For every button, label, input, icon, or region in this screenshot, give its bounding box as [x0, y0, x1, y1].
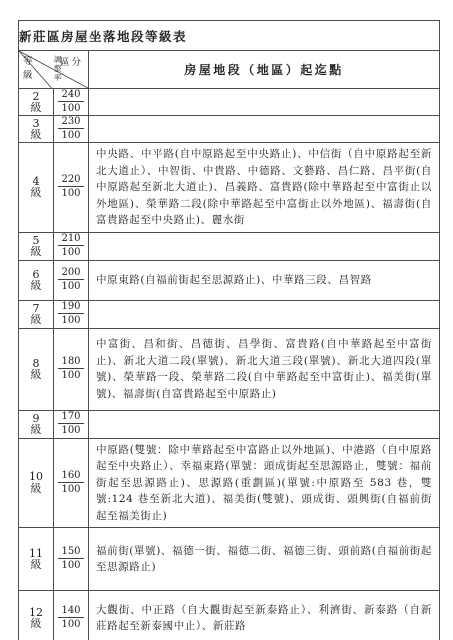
adjustment-rate-fraction: 220 100 [58, 174, 83, 199]
grade-cell: 11 級 [19, 528, 54, 591]
grade-cell: 4 級 [19, 143, 54, 233]
grade-table: 新莊區房屋坐落地段等級表 等級 調整率 區分 房屋地段（地區）起迄點 2 級 [18, 20, 440, 640]
rate-numerator: 150 [58, 546, 83, 559]
grade-unit: 級 [19, 102, 53, 114]
adjustment-rate-fraction: 210 100 [58, 233, 83, 258]
grade-unit: 級 [19, 618, 53, 630]
sections-cell [89, 300, 440, 328]
table-row: 7 級 190 100 [19, 300, 440, 328]
sections-text: 福前街(單號)、福德一街、福德二街、福德三街、頭前路(自福前街起至思源路止) [89, 540, 439, 579]
rate-numerator: 190 [58, 301, 83, 314]
sections-text [89, 311, 439, 317]
grade-cell: 2 級 [19, 89, 54, 116]
adjustment-rate-fraction: 160 100 [58, 470, 83, 495]
sections-text [89, 126, 439, 132]
grade-cell: 6 級 [19, 260, 54, 300]
rate-denominator: 100 [58, 483, 83, 495]
rate-denominator: 100 [58, 187, 83, 199]
section-header-cell: 房屋地段（地區）起迄點 [89, 51, 440, 89]
rate-cell: 200 100 [54, 260, 89, 300]
sections-text: 中原路(雙號：除中華路起至中富路止以外地區)、中港路（自中原路起至中央路止）、幸… [89, 439, 439, 528]
grade-unit: 級 [19, 280, 53, 292]
title-row: 新莊區房屋坐落地段等級表 [19, 21, 440, 51]
grade-cell: 8 級 [19, 328, 54, 410]
adjustment-rate-fraction: 240 100 [58, 89, 83, 114]
sections-cell [89, 232, 440, 260]
table-row: 10 級 160 100 中原路(雙號：除中華路起至中富路止以外地區)、中港路（… [19, 438, 440, 528]
grade-cell: 12 級 [19, 591, 54, 640]
rate-denominator: 100 [58, 618, 83, 630]
table-row: 3 級 230 100 [19, 116, 440, 143]
table-row: 5 級 210 100 [19, 232, 440, 260]
sections-cell: 中原路(雙號：除中華路起至中富路止以外地區)、中港路（自中原路起至中央路止）、幸… [89, 438, 440, 528]
sections-cell: 中富街、昌和街、昌德街、昌學街、富貴路(自中華路起至中富街止)、新北大道二段(單… [89, 328, 440, 410]
table-row: 4 級 220 100 中央路、中平路(自中原路起至中央路止)、中信街（自中原路… [19, 143, 440, 233]
title-cell: 新莊區房屋坐落地段等級表 [19, 21, 440, 51]
corner-label-grade: 等級 [23, 55, 34, 82]
table-row: 6 級 200 100 中原東路(自福前街起至思源路止)、中華路三段、昌智路 [19, 260, 440, 300]
sections-cell [89, 410, 440, 438]
rate-denominator: 100 [58, 424, 83, 436]
rate-numerator: 180 [58, 356, 83, 369]
table-body: 2 級 240 100 3 級 230 100 4 級 [19, 89, 440, 640]
adjustment-rate-fraction: 230 100 [58, 116, 83, 141]
grade-cell: 10 級 [19, 438, 54, 528]
grade-unit: 級 [19, 187, 53, 199]
rate-numerator: 220 [58, 174, 83, 187]
rate-cell: 150 100 [54, 528, 89, 591]
rate-cell: 210 100 [54, 232, 89, 260]
rate-denominator: 100 [58, 314, 83, 326]
grade-cell: 3 級 [19, 116, 54, 143]
rate-numerator: 160 [58, 470, 83, 483]
rate-numerator: 230 [58, 116, 83, 129]
rate-denominator: 100 [58, 559, 83, 571]
table-row: 2 級 240 100 [19, 89, 440, 116]
grade-cell: 7 級 [19, 300, 54, 328]
adjustment-rate-fraction: 170 100 [58, 411, 83, 436]
rate-numerator: 210 [58, 233, 83, 246]
grade-unit: 級 [19, 369, 53, 381]
rate-cell: 180 100 [54, 328, 89, 410]
grade-cell: 9 級 [19, 410, 54, 438]
rate-numerator: 140 [58, 605, 83, 618]
page-title: 新莊區房屋坐落地段等級表 [19, 29, 187, 44]
rate-cell: 230 100 [54, 116, 89, 143]
adjustment-rate-fraction: 200 100 [58, 267, 83, 292]
sections-text: 中富街、昌和街、昌德街、昌學街、富貴路(自中華路起至中富街止)、新北大道二段(單… [89, 333, 439, 405]
sections-cell: 中原東路(自福前街起至思源路止)、中華路三段、昌智路 [89, 260, 440, 300]
sections-cell: 大觀街、中正路（自大觀街起至新泰路止）、利濟街、新泰路（自新莊路起至新泰國中止）… [89, 591, 440, 640]
table-row: 9 級 170 100 [19, 410, 440, 438]
grade-unit: 級 [19, 559, 53, 571]
rate-denominator: 100 [58, 129, 83, 141]
sections-text [89, 243, 439, 249]
table-row: 11 級 150 100 福前街(單號)、福德一街、福德二街、福德三街、頭前路(… [19, 528, 440, 591]
rate-cell: 170 100 [54, 410, 89, 438]
rate-cell: 140 100 [54, 591, 89, 640]
corner-label-district: 區分 [60, 54, 83, 68]
corner-header-cell: 等級 調整率 區分 [19, 51, 89, 89]
adjustment-rate-fraction: 150 100 [58, 546, 83, 571]
rate-denominator: 100 [58, 369, 83, 381]
sections-text [89, 99, 439, 105]
grade-unit: 級 [19, 246, 53, 258]
sections-cell [89, 116, 440, 143]
table-row: 12 級 140 100 大觀街、中正路（自大觀街起至新泰路止）、利濟街、新泰路… [19, 591, 440, 640]
table-row: 8 級 180 100 中富街、昌和街、昌德街、昌學街、富貴路(自中華路起至中富… [19, 328, 440, 410]
rate-cell: 190 100 [54, 300, 89, 328]
grade-unit: 級 [19, 424, 53, 436]
grade-unit: 級 [19, 129, 53, 141]
sections-text: 中央路、中平路(自中原路起至中央路止)、中信街（自中原路起至新北大道止）、中智街… [89, 143, 439, 232]
grade-unit: 級 [19, 483, 53, 495]
adjustment-rate-fraction: 180 100 [58, 356, 83, 381]
sections-text: 中原東路(自福前街起至思源路止)、中華路三段、昌智路 [89, 269, 439, 292]
adjustment-rate-fraction: 140 100 [58, 605, 83, 630]
rate-numerator: 170 [58, 411, 83, 424]
header-row: 等級 調整率 區分 房屋地段（地區）起迄點 [19, 51, 440, 89]
sections-cell: 中央路、中平路(自中原路起至中央路止)、中信街（自中原路起至新北大道止）、中智街… [89, 143, 440, 233]
rate-denominator: 100 [58, 102, 83, 114]
document-page: 新莊區房屋坐落地段等級表 等級 調整率 區分 房屋地段（地區）起迄點 2 級 [0, 0, 453, 640]
sections-cell: 福前街(單號)、福德一街、福德二街、福德三街、頭前路(自福前街起至思源路止) [89, 528, 440, 591]
rate-numerator: 240 [58, 89, 83, 102]
rate-cell: 240 100 [54, 89, 89, 116]
sections-text: 大觀街、中正路（自大觀街起至新泰路止）、利濟街、新泰路（自新莊路起至新泰國中止）… [89, 599, 439, 638]
rate-cell: 220 100 [54, 143, 89, 233]
rate-denominator: 100 [58, 280, 83, 292]
rate-denominator: 100 [58, 246, 83, 258]
rate-cell: 160 100 [54, 438, 89, 528]
adjustment-rate-fraction: 190 100 [58, 301, 83, 326]
sections-text [89, 421, 439, 427]
rate-numerator: 200 [58, 267, 83, 280]
sections-cell [89, 89, 440, 116]
grade-cell: 5 級 [19, 232, 54, 260]
grade-unit: 級 [19, 314, 53, 326]
